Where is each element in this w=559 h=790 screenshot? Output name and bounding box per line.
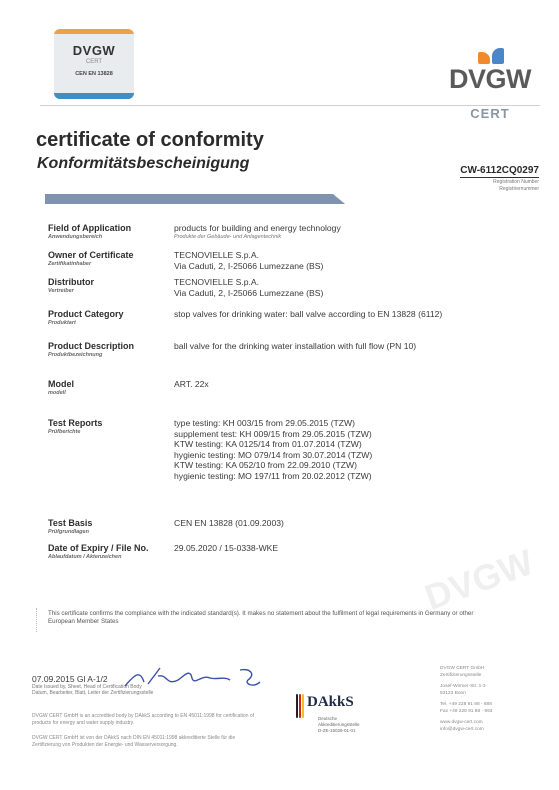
field-value: products for building and energy technol… [174, 223, 524, 241]
registration-number: CW-6112CQ0297 Registration Number Regist… [460, 165, 539, 192]
field-value: 29.05.2020 / 15-0338-WKE [174, 543, 524, 554]
dvgw-logo: DVGW CERT [440, 44, 540, 134]
dvgw-cert-badge: DVGW CERT CEN EN 13828 [54, 29, 134, 99]
field-label: Product DescriptionProduktbezeichnung [48, 341, 168, 359]
badge-top-stripe [54, 29, 134, 34]
field-label-en: Date of Expiry / File No. [48, 543, 168, 554]
field-value: ball valve for the drinking water instal… [174, 341, 524, 352]
logo-divider [440, 105, 540, 106]
accent-bar [45, 194, 345, 204]
field-label-en: Distributor [48, 277, 168, 288]
field-label: Modelmodell [48, 379, 168, 397]
address-company: DVGW CERT GmbH [440, 666, 484, 671]
contact-address: DVGW CERT GmbH Zertifizierungsstelle Jos… [440, 665, 492, 737]
field-label-en: Test Reports [48, 418, 168, 429]
field-label-de: Produktbezeichnung [48, 352, 168, 359]
field-label: Product CategoryProduktart [48, 309, 168, 327]
address-street: Josef-Wirmer-Str. 1-3 [440, 684, 486, 689]
field-label-de: Prüfberichte [48, 429, 168, 436]
badge-standard: CEN EN 13828 [54, 71, 134, 77]
field-value-line: type testing: KH 003/15 from 29.05.2015 … [174, 418, 524, 429]
field-label: Field of ApplicationAnwendungsbereich [48, 223, 168, 241]
registration-number-label-de: Registriernummer [460, 186, 539, 192]
field-label-de: Ablaufdatum / Aktenzeichen [48, 554, 168, 561]
field-label-de: Vertreiber [48, 288, 168, 295]
field-label: Date of Expiry / File No.Ablaufdatum / A… [48, 543, 168, 561]
registration-number-label-en: Registration Number [460, 179, 539, 185]
field-label-de: Prüfgrundlagen [48, 529, 168, 536]
compliance-notice: This certificate confirms the compliance… [48, 610, 488, 626]
badge-sub: CERT [54, 59, 134, 65]
field-value-line: Via Caduti, 2, I-25066 Lumezzane (BS) [174, 288, 524, 299]
badge-bottom-stripe [54, 93, 134, 99]
field-label: Owner of CertificateZertifikatinhaber [48, 250, 168, 268]
accreditation-text: DVGW CERT GmbH is an accredited body by … [32, 713, 262, 757]
field-value: ART. 22x [174, 379, 524, 390]
field-value-line: Via Caduti, 2, I-25066 Lumezzane (BS) [174, 261, 524, 272]
accreditation-de: DVGW CERT GmbH ist von der DAkkS nach DI… [32, 735, 262, 748]
field-value-line: hygienic testing: MO 079/14 from 30.07.2… [174, 450, 524, 461]
accreditation-en: DVGW CERT GmbH is an accredited body by … [32, 713, 262, 726]
field-value-line: ball valve for the drinking water instal… [174, 341, 524, 352]
field-value-line: KTW testing: KA 052/10 from 22.09.2010 (… [174, 460, 524, 471]
field-label-en: Product Category [48, 309, 168, 320]
field-value-line: KTW testing: KA 0125/14 from 01.07.2014 … [174, 439, 524, 450]
field-value-line: 29.05.2020 / 15-0338-WKE [174, 543, 524, 554]
logo-brand: DVGW [440, 64, 540, 94]
address-city: 53123 Bonn [440, 691, 466, 696]
field-label: Test ReportsPrüfberichte [48, 418, 168, 436]
field-label-de: Zertifikatinhaber [48, 261, 168, 268]
address-web[interactable]: www.dvgw-cert.com [440, 720, 483, 725]
address-dept: Zertifizierungsstelle [440, 673, 481, 678]
issue-caption-de: Datum, Bearbeiter, Blatt, Leiter der Zer… [32, 690, 282, 696]
field-value-line: ART. 22x [174, 379, 524, 390]
field-value: stop valves for drinking water: ball val… [174, 309, 524, 320]
badge-brand: DVGW [54, 43, 134, 58]
field-value: CEN EN 13828 (01.09.2003) [174, 518, 524, 529]
field-value-line: products for building and energy technol… [174, 223, 524, 234]
field-label-en: Field of Application [48, 223, 168, 234]
field-value-line: TECNOVIELLE S.p.A. [174, 277, 524, 288]
page-title: certificate of conformity [36, 129, 264, 152]
field-label-de: Anwendungsbereich [48, 234, 168, 241]
field-label: DistributorVertreiber [48, 277, 168, 295]
issue-date: 07.09.2015 Gl A-1/2 [32, 674, 282, 684]
field-label: Test BasisPrüfgrundlagen [48, 518, 168, 536]
dvgw-watermark: DVGW [419, 545, 540, 654]
logo-sub: CERT [440, 106, 540, 121]
address-email[interactable]: info@dvgw-cert.com [440, 727, 484, 732]
field-value: TECNOVIELLE S.p.A.Via Caduti, 2, I-25066… [174, 277, 524, 298]
dakks-flag-icon [296, 694, 304, 718]
field-value-line: stop valves for drinking water: ball val… [174, 309, 524, 320]
field-value: TECNOVIELLE S.p.A.Via Caduti, 2, I-25066… [174, 250, 524, 271]
field-value-line: TECNOVIELLE S.p.A. [174, 250, 524, 261]
dakks-logo: DAkkS Deutsche Akkreditierungsstelle D-Z… [296, 692, 416, 752]
flame-drop-icon [440, 44, 540, 64]
dakks-name: DAkkS [307, 694, 354, 711]
issue-block: 07.09.2015 Gl A-1/2 Date Issued by, Shee… [32, 674, 282, 696]
field-value-line: supplement test: KH 009/15 from 29.05.20… [174, 429, 524, 440]
field-value: type testing: KH 003/15 from 29.05.2015 … [174, 418, 524, 481]
dakks-details: Deutsche Akkreditierungsstelle D-ZE-1602… [318, 716, 360, 734]
field-value-line: CEN EN 13828 (01.09.2003) [174, 518, 524, 529]
field-value-de: Produkte der Gebäude- und Anlagentechnik [174, 234, 524, 241]
address-fax: Fax +49 228 91 88 - 993 [440, 709, 492, 714]
field-label-en: Product Description [48, 341, 168, 352]
field-label-en: Test Basis [48, 518, 168, 529]
field-label-de: modell [48, 390, 168, 397]
notice-margin-line [36, 608, 38, 632]
header-divider [40, 105, 440, 106]
dakks-line: D-ZE-16028-01-01 [318, 728, 360, 734]
registration-number-value: CW-6112CQ0297 [460, 165, 539, 178]
field-value-line: hygienic testing: MO 197/11 from 20.02.2… [174, 471, 524, 482]
field-label-de: Produktart [48, 320, 168, 327]
address-tel: Tel. +49 228 91 88 - 888 [440, 702, 492, 707]
field-label-en: Owner of Certificate [48, 250, 168, 261]
page-subtitle: Konformitätsbescheinigung [37, 155, 249, 173]
field-label-en: Model [48, 379, 168, 390]
